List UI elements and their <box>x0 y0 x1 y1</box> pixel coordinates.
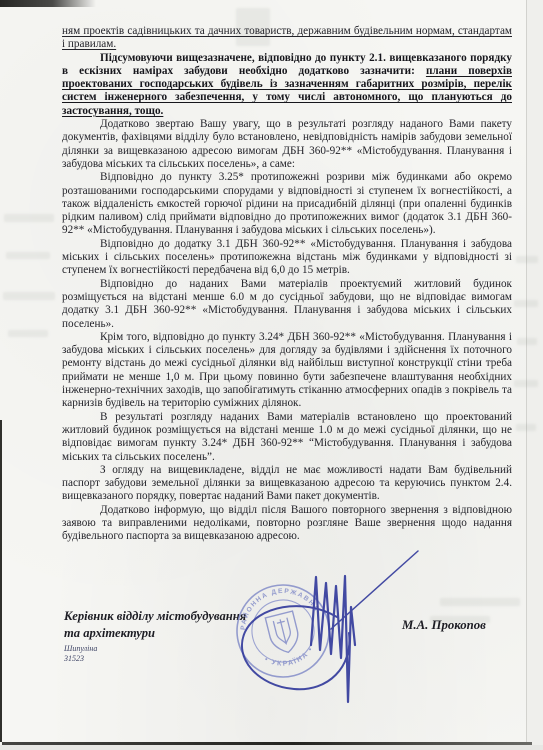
bleedthrough-artifact <box>514 300 538 307</box>
paragraph-segment: Додатково звертаю Вашу увагу, що в резул… <box>62 118 512 170</box>
bleedthrough-artifact <box>516 256 538 263</box>
signatory-title: Керівник відділу містобудування та архіт… <box>64 608 294 642</box>
paragraph-segment: Відповідно до додатку 3.1 ДБН 360-92** «… <box>62 238 512 277</box>
paragraph: Підсумовуючи вищезазначене, відповідно д… <box>62 52 512 118</box>
executor-name: Шипуліна <box>64 644 97 654</box>
signatory-title-line1: Керівник відділу містобудування <box>64 608 294 625</box>
paragraph: Відповідно до додатку 3.1 ДБН 360-92** «… <box>62 238 512 278</box>
svg-text:• УКРАЇНА •: • УКРАЇНА • <box>262 644 318 673</box>
bleedthrough-artifact <box>4 214 54 222</box>
paper-left-edge <box>0 420 2 742</box>
paragraph-segment: ням проектів садівницьких та дачних това… <box>62 25 512 50</box>
executor-phone: 31523 <box>64 654 97 664</box>
paragraph-segment: З огляду на вищевикладене, відділ не має… <box>62 464 512 503</box>
paragraph-segment: Відповідно до наданих Вами матеріалів пр… <box>62 278 512 330</box>
paragraph: Відповідно до пункту 3.25* протипожежні … <box>62 171 512 237</box>
paragraph: З огляду на вищевикладене, відділ не має… <box>62 464 512 504</box>
bleedthrough-artifact <box>440 598 520 606</box>
stamp-ring-text-bottom: • УКРАЇНА • <box>262 644 318 673</box>
paragraph-segment: Додатково інформую, що відділ після Вашо… <box>62 504 512 543</box>
paragraph: Додатково інформую, що відділ після Вашо… <box>62 504 512 544</box>
paragraph: Відповідно до наданих Вами матеріалів пр… <box>62 278 512 331</box>
paragraph-segment: Відповідно до пункту 3.25* протипожежні … <box>62 171 512 236</box>
paragraph: Крім того, відповідно до пункту 3.24* ДБ… <box>62 331 512 411</box>
bleedthrough-artifact <box>3 292 55 300</box>
official-name: М.А. Прокопов <box>402 618 486 633</box>
paragraph-segment: В результаті розгляду наданих Вами матер… <box>62 411 512 463</box>
scan-edge-artifact <box>0 0 96 7</box>
scanned-letter-page: ням проектів садівницьких та дачних това… <box>0 0 543 750</box>
paragraph: Додатково звертаю Вашу увагу, що в резул… <box>62 118 512 171</box>
scan-background-strip <box>0 745 543 750</box>
paragraph-segment: Крім того, відповідно до пункту 3.24* ДБ… <box>62 331 512 409</box>
paper-right-edge <box>526 0 543 750</box>
bleedthrough-artifact <box>8 330 48 337</box>
bleedthrough-artifact <box>516 424 536 431</box>
paragraph: ням проектів садівницьких та дачних това… <box>62 25 512 52</box>
bleedthrough-artifact <box>6 252 50 259</box>
bleedthrough-artifact <box>514 380 538 387</box>
executor-note: Шипуліна 31523 <box>64 644 97 663</box>
signatory-title-line2: та архітектури <box>64 625 294 642</box>
document-body: ням проектів садівницьких та дачних това… <box>62 25 512 544</box>
paragraph: В результаті розгляду наданих Вами матер… <box>62 411 512 464</box>
bleedthrough-artifact <box>517 338 537 345</box>
